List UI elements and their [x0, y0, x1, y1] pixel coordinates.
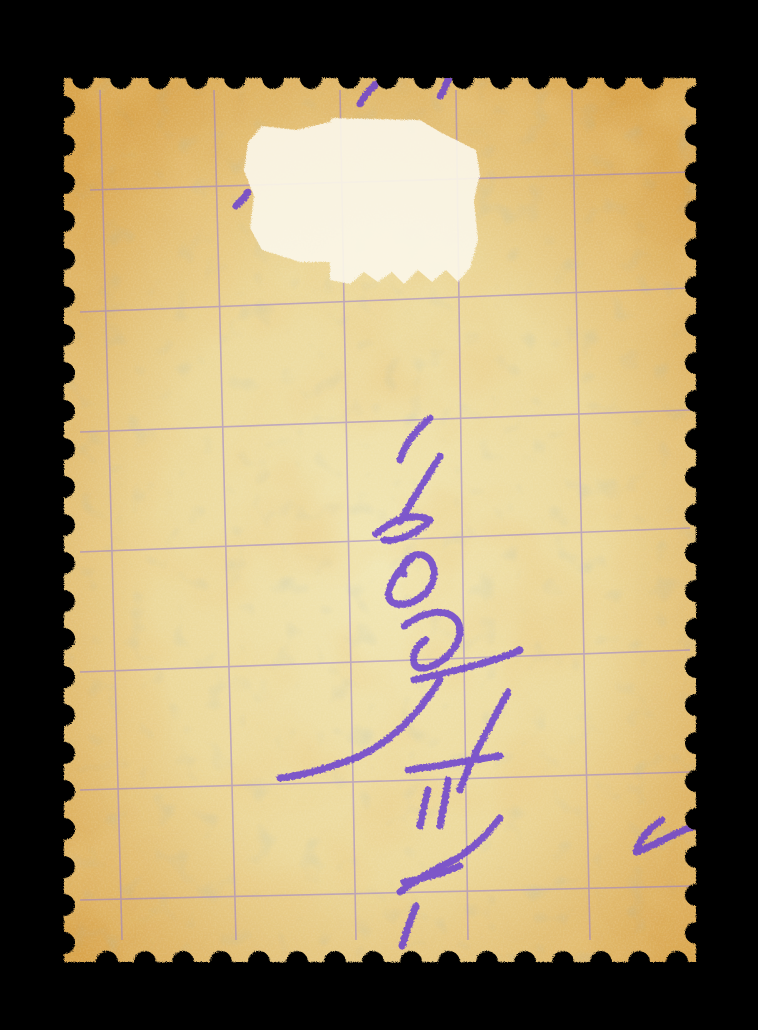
stamp-photo: [0, 0, 758, 1030]
paper-texture: [0, 0, 758, 1030]
